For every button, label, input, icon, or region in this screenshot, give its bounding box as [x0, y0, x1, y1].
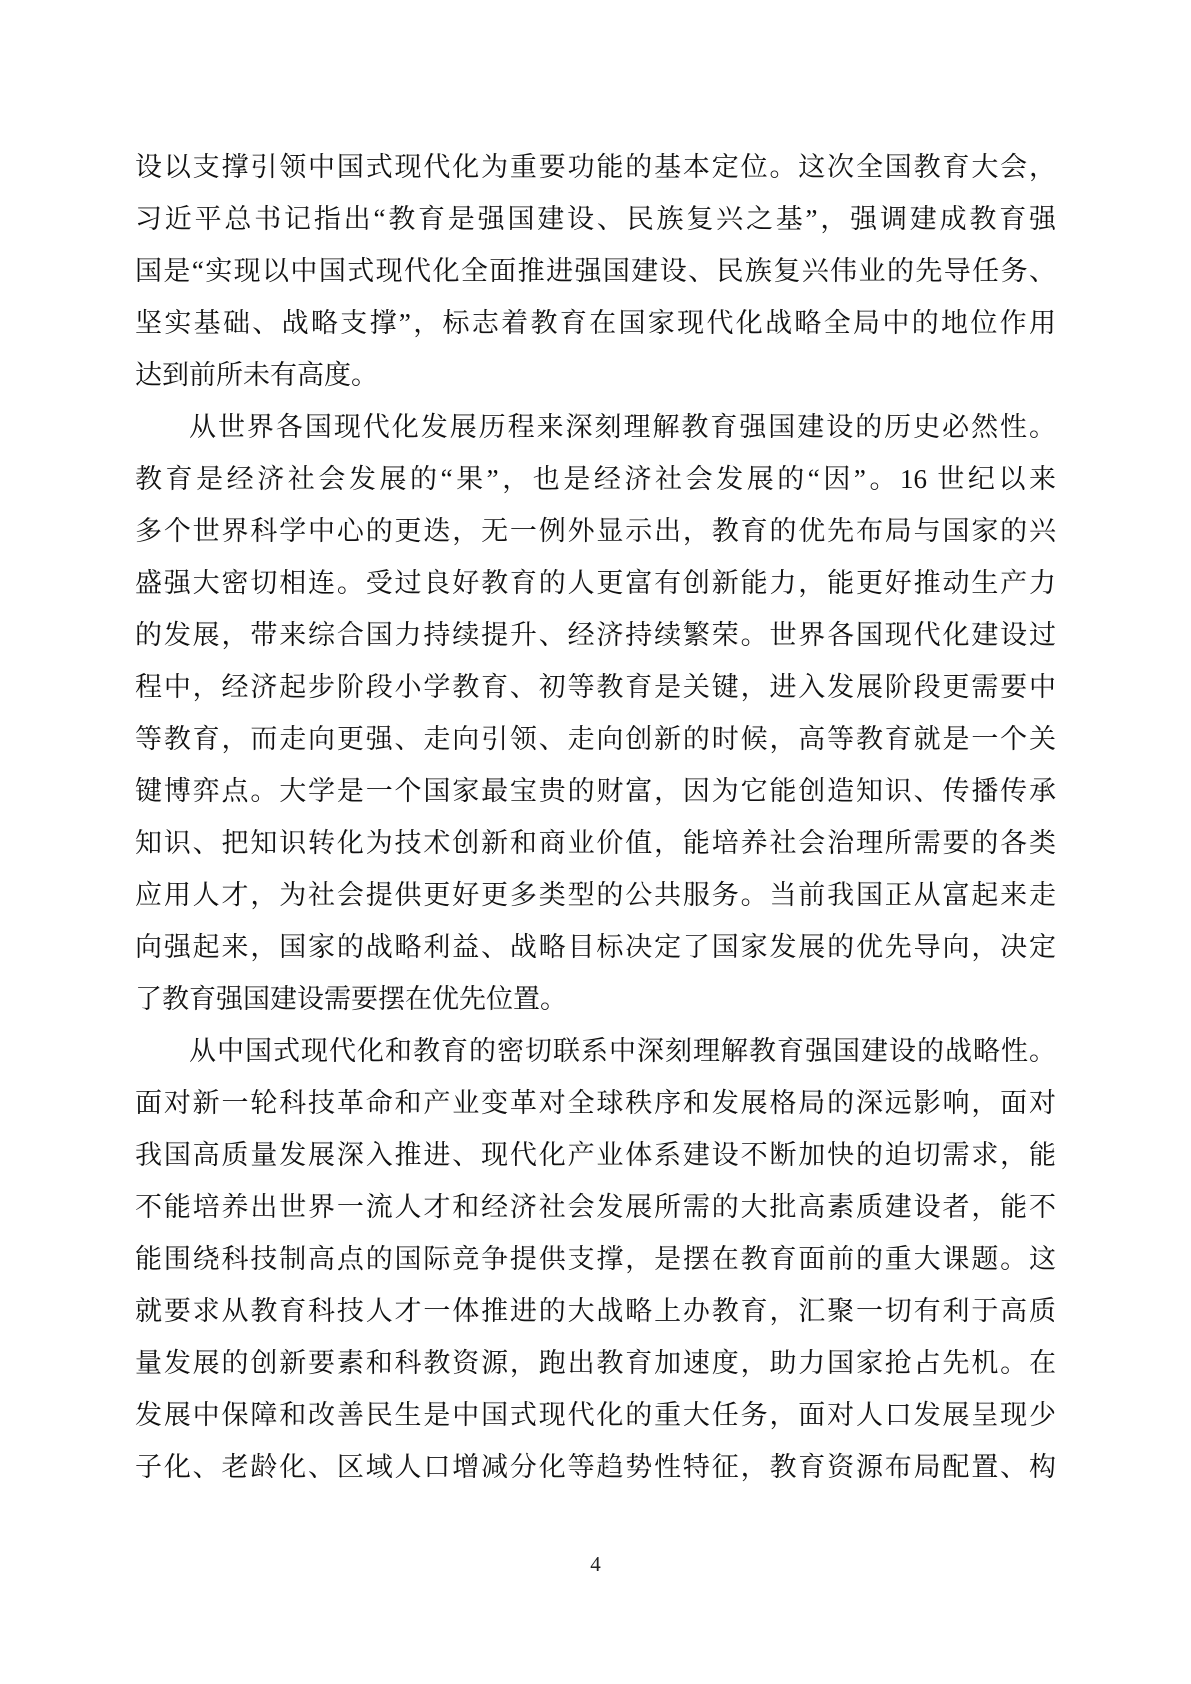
- text-line: 能围绕科技制高点的国际竞争提供支撑，是摆在教育面前的重大课题。这: [135, 1233, 1056, 1285]
- text-line: 达到前所未有高度。: [135, 349, 1056, 401]
- text-line: 设以支撑引领中国式现代化为重要功能的基本定位。这次全国教育大会，: [135, 141, 1056, 193]
- text-line: 量发展的创新要素和科教资源，跑出教育加速度，助力国家抢占先机。在: [135, 1337, 1056, 1389]
- text-line: 了教育强国建设需要摆在优先位置。: [135, 973, 1056, 1025]
- text-line: 知识、把知识转化为技术创新和商业价值，能培养社会治理所需要的各类: [135, 817, 1056, 869]
- paragraph: 从世界各国现代化发展历程来深刻理解教育强国建设的历史必然性。教育是经济社会发展的…: [135, 401, 1056, 1025]
- text-line: 教育是经济社会发展的“果”，也是经济社会发展的“因”。16 世纪以来: [135, 453, 1056, 505]
- text-line: 盛强大密切相连。受过良好教育的人更富有创新能力，能更好推动生产力: [135, 557, 1056, 609]
- text-line: 发展中保障和改善民生是中国式现代化的重大任务，面对人口发展呈现少: [135, 1389, 1056, 1441]
- document-page: 设以支撑引领中国式现代化为重要功能的基本定位。这次全国教育大会，习近平总书记指出…: [0, 0, 1191, 1684]
- text-line: 坚实基础、战略支撑”，标志着教育在国家现代化战略全局中的地位作用: [135, 297, 1056, 349]
- text-body: 设以支撑引领中国式现代化为重要功能的基本定位。这次全国教育大会，习近平总书记指出…: [135, 141, 1056, 1493]
- text-line: 面对新一轮科技革命和产业变革对全球秩序和发展格局的深远影响，面对: [135, 1077, 1056, 1129]
- text-line: 的发展，带来综合国力持续提升、经济持续繁荣。世界各国现代化建设过: [135, 609, 1056, 661]
- paragraph: 从中国式现代化和教育的密切联系中深刻理解教育强国建设的战略性。面对新一轮科技革命…: [135, 1025, 1056, 1493]
- text-line: 从世界各国现代化发展历程来深刻理解教育强国建设的历史必然性。: [135, 401, 1056, 453]
- text-line: 国是“实现以中国式现代化全面推进强国建设、民族复兴伟业的先导任务、: [135, 245, 1056, 297]
- paragraph: 设以支撑引领中国式现代化为重要功能的基本定位。这次全国教育大会，习近平总书记指出…: [135, 141, 1056, 401]
- text-line: 程中，经济起步阶段小学教育、初等教育是关键，进入发展阶段更需要中: [135, 661, 1056, 713]
- text-line: 不能培养出世界一流人才和经济社会发展所需的大批高素质建设者，能不: [135, 1181, 1056, 1233]
- text-line: 向强起来，国家的战略利益、战略目标决定了国家发展的优先导向，决定: [135, 921, 1056, 973]
- text-line: 就要求从教育科技人才一体推进的大战略上办教育，汇聚一切有利于高质: [135, 1285, 1056, 1337]
- text-line: 从中国式现代化和教育的密切联系中深刻理解教育强国建设的战略性。: [135, 1025, 1056, 1077]
- text-line: 我国高质量发展深入推进、现代化产业体系建设不断加快的迫切需求，能: [135, 1129, 1056, 1181]
- text-line: 键博弈点。大学是一个国家最宝贵的财富，因为它能创造知识、传播传承: [135, 765, 1056, 817]
- text-line: 等教育，而走向更强、走向引领、走向创新的时候，高等教育就是一个关: [135, 713, 1056, 765]
- text-line: 多个世界科学中心的更迭，无一例外显示出，教育的优先布局与国家的兴: [135, 505, 1056, 557]
- page-footer: 4: [0, 1552, 1191, 1577]
- text-line: 习近平总书记指出“教育是强国建设、民族复兴之基”，强调建成教育强: [135, 193, 1056, 245]
- text-line: 应用人才，为社会提供更好更多类型的公共服务。当前我国正从富起来走: [135, 869, 1056, 921]
- text-line: 子化、老龄化、区域人口增减分化等趋势性特征，教育资源布局配置、构: [135, 1441, 1056, 1493]
- page-number: 4: [590, 1552, 601, 1576]
